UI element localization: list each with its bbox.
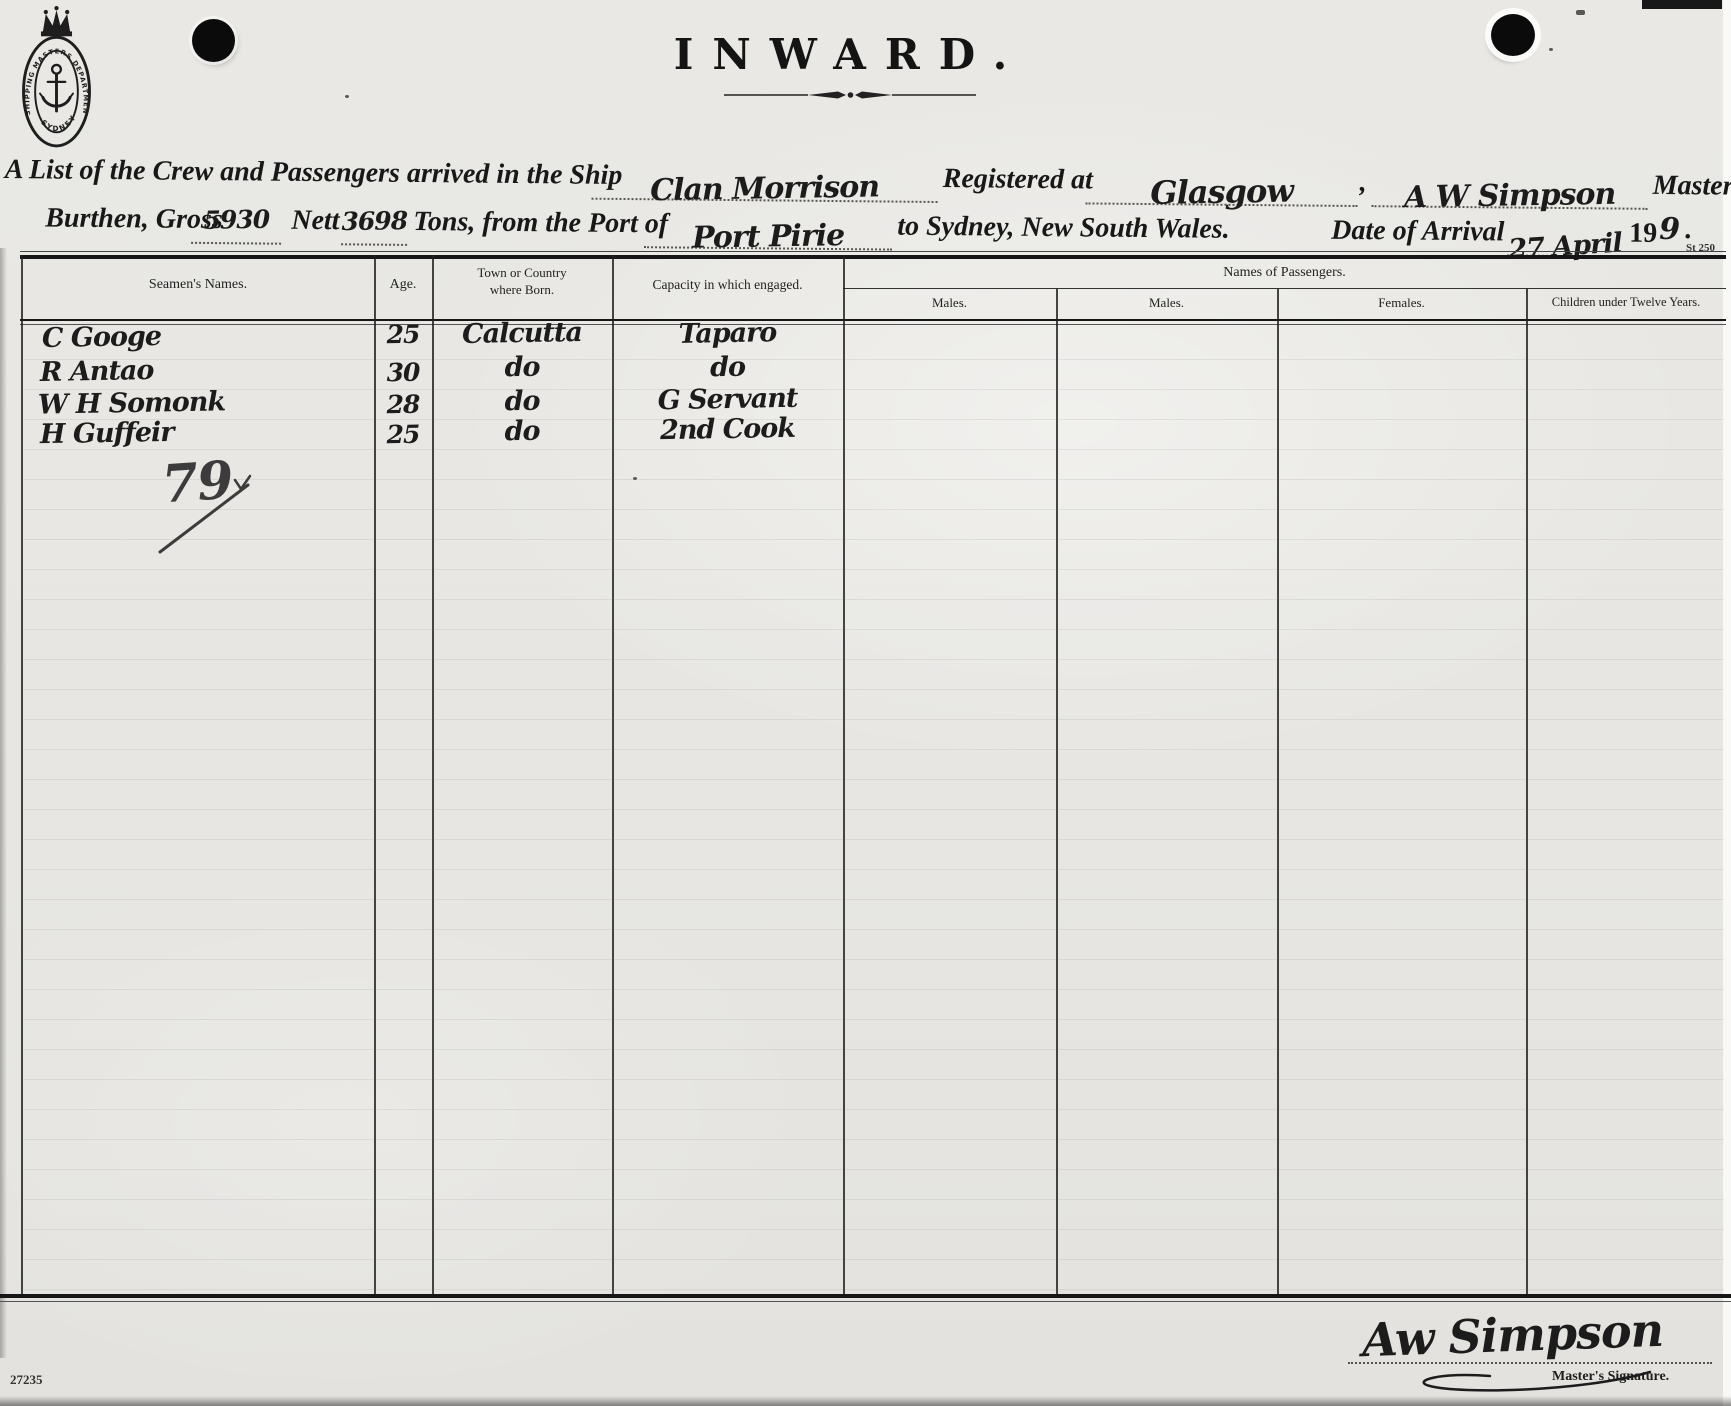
header-born-line2: where Born.: [432, 282, 612, 298]
ship-name-value: Clan Morrison: [591, 168, 938, 209]
seaman-born: do: [432, 414, 613, 448]
header-females: Females.: [1277, 295, 1526, 311]
seaman-age: 30: [374, 357, 432, 387]
header-bottom-rule-thin: [20, 324, 1726, 325]
hole-punch-left: [192, 19, 235, 62]
arrival-label: Date of Arrival: [1331, 215, 1504, 249]
registered-at-field: Glasgow: [1085, 162, 1357, 207]
registered-at-value: Glasgow: [1085, 170, 1358, 213]
header-born-line1: Town or Country: [432, 265, 612, 281]
destination-label: to Sydney, New South Wales.: [897, 211, 1230, 246]
anchor-icon: [40, 65, 73, 111]
comma: ,: [1360, 167, 1367, 199]
seaman-name: H Guffeir: [40, 417, 174, 450]
header-bottom-rule: [20, 319, 1726, 321]
seaman-born: do: [432, 350, 613, 384]
seaman-capacity: 2nd Cook: [612, 412, 844, 447]
seaman-capacity: Taparo: [612, 316, 844, 351]
seaman-name: R Antao: [40, 355, 154, 388]
scanned-document-page: SHIPPING MASTERS DEPARTMENT ·SYDNEY· INW…: [0, 0, 1731, 1406]
master-name-value: A W Simpson: [1371, 176, 1648, 216]
scan-edge-mark: [1642, 0, 1722, 9]
year-printed: 19: [1629, 218, 1657, 250]
ship-name-field: Clan Morrison: [592, 158, 938, 203]
header-seamen-names: Seamen's Names.: [22, 277, 374, 293]
plate-number: 27235: [10, 1372, 43, 1388]
nett-label: Nett: [291, 205, 340, 237]
arrival-date-value: 27 April: [1506, 228, 1624, 266]
master-label: Master,: [1653, 170, 1731, 203]
nett-tons-value: 3698: [341, 206, 407, 236]
col-divider-children: [1526, 289, 1528, 1294]
table-bottom-rule-thin: [0, 1301, 1731, 1302]
seaman-name: C Googe: [42, 321, 162, 354]
shipping-masters-seal: SHIPPING MASTERS DEPARTMENT ·SYDNEY·: [8, 2, 105, 154]
ink-speck: [345, 95, 349, 98]
page-title: INWARD.: [640, 30, 1060, 79]
col-divider-females: [1277, 289, 1279, 1294]
header-age: Age.: [374, 277, 432, 293]
seaman-born: Calcutta: [432, 316, 613, 350]
seaman-born: do: [432, 384, 613, 418]
hole-punch-right: [1491, 14, 1535, 56]
ink-speck: [1549, 48, 1553, 51]
scan-edge-left: [0, 248, 7, 1358]
gross-tons-field: 5930: [191, 202, 281, 245]
port-field: Port Pirie: [644, 206, 892, 250]
table-bottom-rule: [0, 1294, 1731, 1298]
col-divider-passengers: [843, 255, 845, 1294]
registered-at-label: Registered at: [943, 163, 1093, 196]
seaman-age: 28: [374, 389, 432, 419]
col-divider-males2: [1056, 289, 1058, 1294]
divider-ornament-icon: [722, 88, 978, 102]
seaman-name: W H Somonk: [38, 386, 226, 420]
master-signature-label: Master's Signature.: [1552, 1369, 1669, 1385]
crown-icon: [41, 6, 72, 36]
ink-speck: [1576, 10, 1585, 15]
header-males-2: Males.: [1056, 295, 1277, 311]
year-written: 9: [1659, 212, 1679, 247]
seaman-age: 25: [374, 419, 432, 449]
ink-speck: [633, 477, 637, 480]
seaman-capacity: do: [612, 350, 844, 385]
header-males-1: Males.: [843, 295, 1056, 311]
header-passengers: Names of Passengers.: [843, 265, 1726, 281]
form-line1-label: A List of the Crew and Passengers arrive…: [5, 154, 623, 192]
gross-tons-value: 5930: [191, 205, 281, 235]
tally-slash-icon: [140, 460, 270, 560]
seaman-age: 25: [374, 319, 432, 349]
table-top-rule: [20, 255, 1726, 259]
scan-edge-bottom: [0, 1396, 1731, 1406]
header-children: Children under Twelve Years.: [1526, 295, 1726, 310]
passengers-underline: [843, 288, 1726, 289]
ruled-lines: [24, 330, 1724, 1290]
tons-from-port-label: Tons, from the Port of: [413, 206, 668, 240]
nett-tons-field: 3698: [341, 203, 407, 246]
master-name-field: A W Simpson: [1371, 165, 1647, 210]
master-signature: Aw Simpson: [1361, 1303, 1664, 1367]
table-border-left: [21, 255, 23, 1294]
form-code: St 250: [1686, 242, 1715, 254]
table-top-rule-thin: [20, 251, 1726, 252]
header-capacity: Capacity in which engaged.: [612, 277, 843, 293]
